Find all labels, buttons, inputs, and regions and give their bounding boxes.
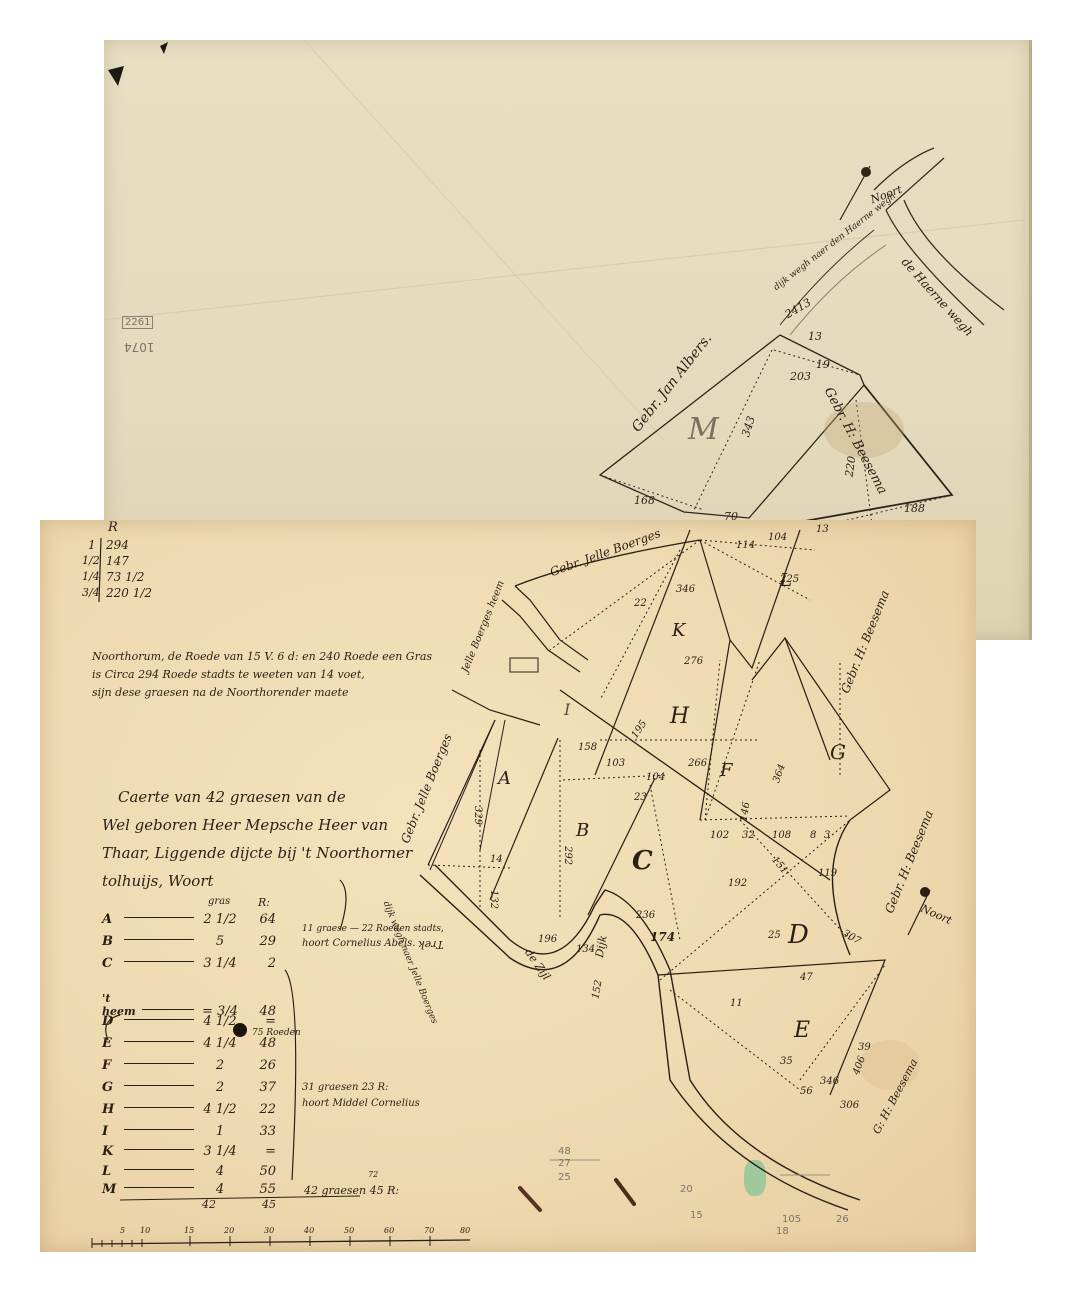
measurement: 119 <box>818 868 837 879</box>
measurement: 104 <box>768 532 787 543</box>
measurement: 108 <box>772 830 791 841</box>
measurement: 174 <box>650 930 675 944</box>
measurement: 168 <box>634 494 655 507</box>
pencil-calc: 27 <box>558 1158 571 1169</box>
conversion-fraction: 3/4 <box>82 586 100 599</box>
pencil-calc: 105 <box>782 1214 801 1225</box>
conversion-fraction: 1/2 <box>82 554 100 567</box>
ledger-row: B529 <box>102 934 276 949</box>
measurement: 32 <box>742 830 755 841</box>
conversion-table-header: R <box>108 520 118 535</box>
measurement: 25 <box>768 930 781 941</box>
measurement: 114 <box>736 540 755 551</box>
measurement: 103 <box>606 758 625 769</box>
measurement: 292 <box>562 846 573 865</box>
measurement: 276 <box>684 656 703 667</box>
measurement: 329 <box>472 806 483 825</box>
archive-label-number: 2261 <box>122 316 153 329</box>
measure-note-line: is Circa 294 Roede stadts te weeten van … <box>92 668 365 681</box>
scale-tick: 10 <box>140 1226 150 1235</box>
scale-tick: 80 <box>460 1226 470 1235</box>
parcel-letter-f: F <box>720 760 733 781</box>
scale-tick: 5 <box>120 1226 125 1235</box>
measurement: 47 <box>800 972 813 983</box>
ledger-row: H4 1/222 <box>102 1102 276 1117</box>
conversion-roeden: 220 1/2 <box>106 586 152 600</box>
measurement: 35 <box>780 1056 793 1067</box>
measurement: 346 <box>676 584 695 595</box>
measurement: 132 <box>488 890 499 909</box>
ledger-row: C3 1/42 <box>102 956 276 971</box>
parcel-letter-d: D <box>788 920 809 950</box>
group1-note: 11 graese — 22 Roeden stadts, <box>302 924 444 934</box>
scale-tick: 40 <box>304 1226 314 1235</box>
measurement: 196 <box>538 934 557 945</box>
measurement: 192 <box>728 878 747 889</box>
measurement: 8 <box>810 830 816 841</box>
measurement: 11 <box>730 998 743 1009</box>
total-sum: 42 graesen 45 R: <box>304 1184 399 1197</box>
pencil-calc: 25 <box>558 1172 571 1183</box>
measurement: 134 <box>576 944 595 955</box>
conversion-roeden: 147 <box>106 554 129 568</box>
parcel-letter-a: A <box>498 768 511 789</box>
measurement: 346 <box>820 1076 839 1087</box>
map-title-line: Thaar, Liggende dijcte bij 't Noorthorne… <box>102 844 412 862</box>
scale-tick: 20 <box>224 1226 234 1235</box>
measurement: 13 <box>816 524 829 535</box>
measurement: 22 <box>634 598 647 609</box>
measurement: 158 <box>578 742 597 753</box>
ledger-row: A2 1/264 <box>102 912 276 927</box>
scale-tick: 70 <box>424 1226 434 1235</box>
measurement: 14 <box>490 854 503 865</box>
scale-tick: 15 <box>184 1226 194 1235</box>
ledger-row: G237 <box>102 1080 276 1095</box>
measurement: 266 <box>688 758 707 769</box>
pencil-calc: 48 <box>558 1146 571 1157</box>
ledger-col-gras: gras <box>208 896 230 907</box>
scale-tick: 60 <box>384 1226 394 1235</box>
front-sheet: R 1 294 1/2 147 1/4 73 1/2 3/4 220 1/2 N… <box>40 520 976 1252</box>
measure-note-line: Noorthorum, de Roede van 15 V. 6 d: en 2… <box>92 650 432 663</box>
conversion-fraction: 1 <box>88 538 96 552</box>
measurement: 225 <box>780 574 799 585</box>
group2-note: 31 graesen 23 R: <box>302 1082 388 1093</box>
total-gras: 42 <box>202 1198 216 1211</box>
parcel-letter-m-back: M <box>688 412 719 447</box>
ledger-row: M455 <box>102 1182 276 1197</box>
measurement: 203 <box>790 370 811 383</box>
measurement: 13 <box>808 330 822 343</box>
measurement: 188 <box>904 502 925 515</box>
scale-tick: 50 <box>344 1226 354 1235</box>
archive-label-volume: 1074 <box>124 340 155 354</box>
total-roeden: 45 <box>262 1198 276 1211</box>
measurement: 56 <box>800 1086 813 1097</box>
scale-tick: 30 <box>264 1226 274 1235</box>
trek-label: Trek <box>418 938 444 951</box>
parcel-letter-c: C <box>632 846 653 876</box>
ledger-col-roeden: R: <box>258 896 270 909</box>
measurement: 3 <box>824 830 830 841</box>
ledger-row: D4 1/2= <box>102 1014 276 1029</box>
ledger-row: L450 <box>102 1164 276 1179</box>
parcel-letter-g: G <box>830 740 846 764</box>
pencil-calc: 26 <box>836 1214 849 1225</box>
total-superscript: 72 <box>368 1170 378 1179</box>
measurement: 23 <box>634 792 647 803</box>
ledger-row: K3 1/4= <box>102 1144 276 1159</box>
measurement: 104 <box>646 772 665 783</box>
conversion-roeden: 73 1/2 <box>106 570 144 584</box>
parcel-letter-e: E <box>794 1018 810 1043</box>
ledger-row: I133 <box>102 1124 276 1139</box>
parcel-letter-b: B <box>576 820 589 841</box>
measurement: 19 <box>816 358 830 371</box>
map-title-line: Caerte van 42 graesen van de <box>118 788 346 806</box>
pencil-calc: 18 <box>776 1226 789 1237</box>
map-title-line: tolhuijs, Woort <box>102 872 214 890</box>
measure-note-line: sijn dese graesen na de Noorthorender ma… <box>92 686 349 699</box>
pencil-calc: 20 <box>680 1184 693 1195</box>
parcel-letter-k: K <box>672 620 685 641</box>
measurement: 236 <box>636 910 655 921</box>
measurement: 39 <box>858 1042 871 1053</box>
ledger-row: F226 <box>102 1058 276 1073</box>
measurement: 102 <box>710 830 729 841</box>
measurement: 306 <box>840 1100 859 1111</box>
group2-owner: hoort Middel Cornelius <box>302 1098 420 1109</box>
conversion-fraction: 1/4 <box>82 570 100 583</box>
parcel-letter-i: I <box>564 700 570 719</box>
conversion-roeden: 294 <box>106 538 129 552</box>
parcel-letter-h: H <box>670 704 689 729</box>
ledger-row: E4 1/448 <box>102 1036 276 1051</box>
side-note-75-roeden: 75 Roeden <box>252 1028 301 1038</box>
map-title-line: Wel geboren Heer Mepsche Heer van <box>102 816 388 834</box>
pencil-calc: 15 <box>690 1210 703 1221</box>
